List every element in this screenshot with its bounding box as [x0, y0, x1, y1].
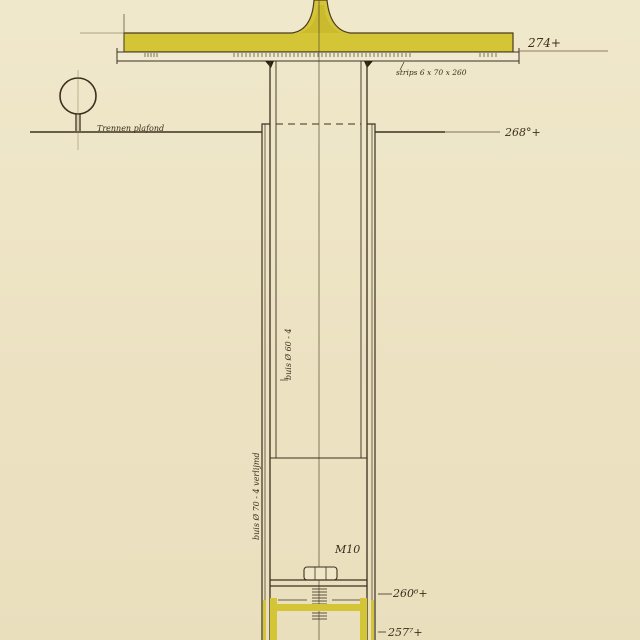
pipe-note: buis Ø 70 - 4 verlijmd — [252, 452, 261, 540]
tube-note: buis Ø 60 - 4 — [284, 328, 293, 380]
section-drawing: 274+ strips 6 x 70 x 260 Trennen plafond… — [0, 0, 640, 640]
ceiling-note: Trennen plafond — [97, 124, 164, 133]
ceiling-lamp — [60, 70, 96, 150]
ceiling-level-label: 268°+ — [504, 126, 541, 139]
top-slab — [124, 0, 513, 52]
strip-note: strips 6 x 70 x 260 — [396, 68, 467, 77]
bottom-level-label: 257⁷+ — [387, 626, 423, 639]
lower-level-label: 260⁶+ — [392, 587, 428, 600]
top-level-label: 274+ — [527, 36, 561, 50]
weld-right — [364, 61, 373, 68]
outer-pipe — [262, 124, 375, 640]
bolt-assembly — [270, 567, 367, 619]
drawing-sheet: 274+ strips 6 x 70 x 260 Trennen plafond… — [0, 0, 640, 640]
bolt-label: M10 — [334, 543, 360, 556]
